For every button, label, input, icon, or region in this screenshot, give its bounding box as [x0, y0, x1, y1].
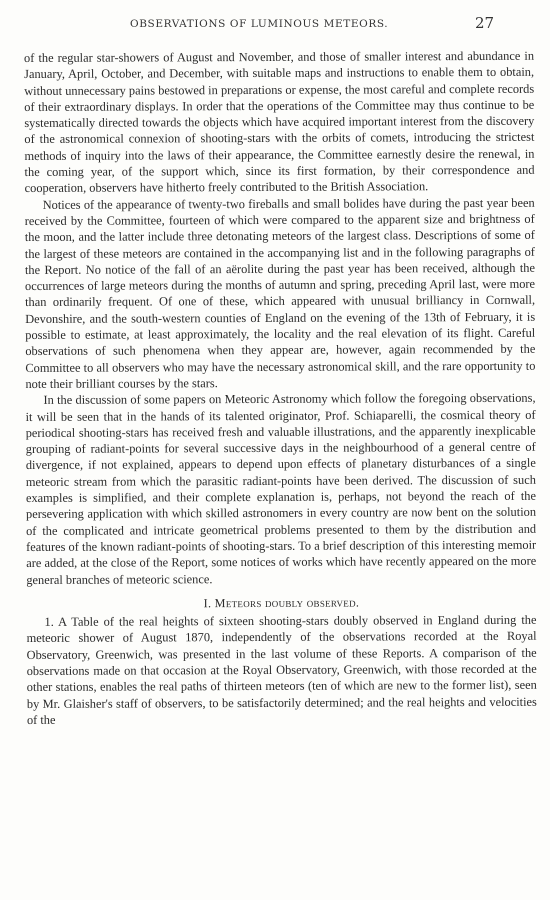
running-head: OBSERVATIONS OF LUMINOUS METEORS. 27: [0, 14, 550, 34]
section-title: Meteors doubly observed.: [215, 595, 360, 610]
section-numeral: I.: [204, 596, 212, 610]
page-number: 27: [475, 14, 494, 32]
section-heading: I. Meteors doubly observed.: [26, 594, 536, 613]
paragraph-continuation: of the regular star-showers of August an…: [24, 48, 535, 197]
paragraph-fireballs: Notices of the appearance of twenty-two …: [25, 194, 536, 392]
book-page: OBSERVATIONS OF LUMINOUS METEORS. 27 of …: [0, 0, 550, 900]
running-title: OBSERVATIONS OF LUMINOUS METEORS.: [130, 18, 388, 30]
body-text: of the regular star-showers of August an…: [24, 48, 537, 728]
paragraph-schiaparelli: In the discussion of some papers on Mete…: [25, 390, 536, 588]
paragraph-section-1: 1. A Table of the real heights of sixtee…: [26, 612, 536, 728]
